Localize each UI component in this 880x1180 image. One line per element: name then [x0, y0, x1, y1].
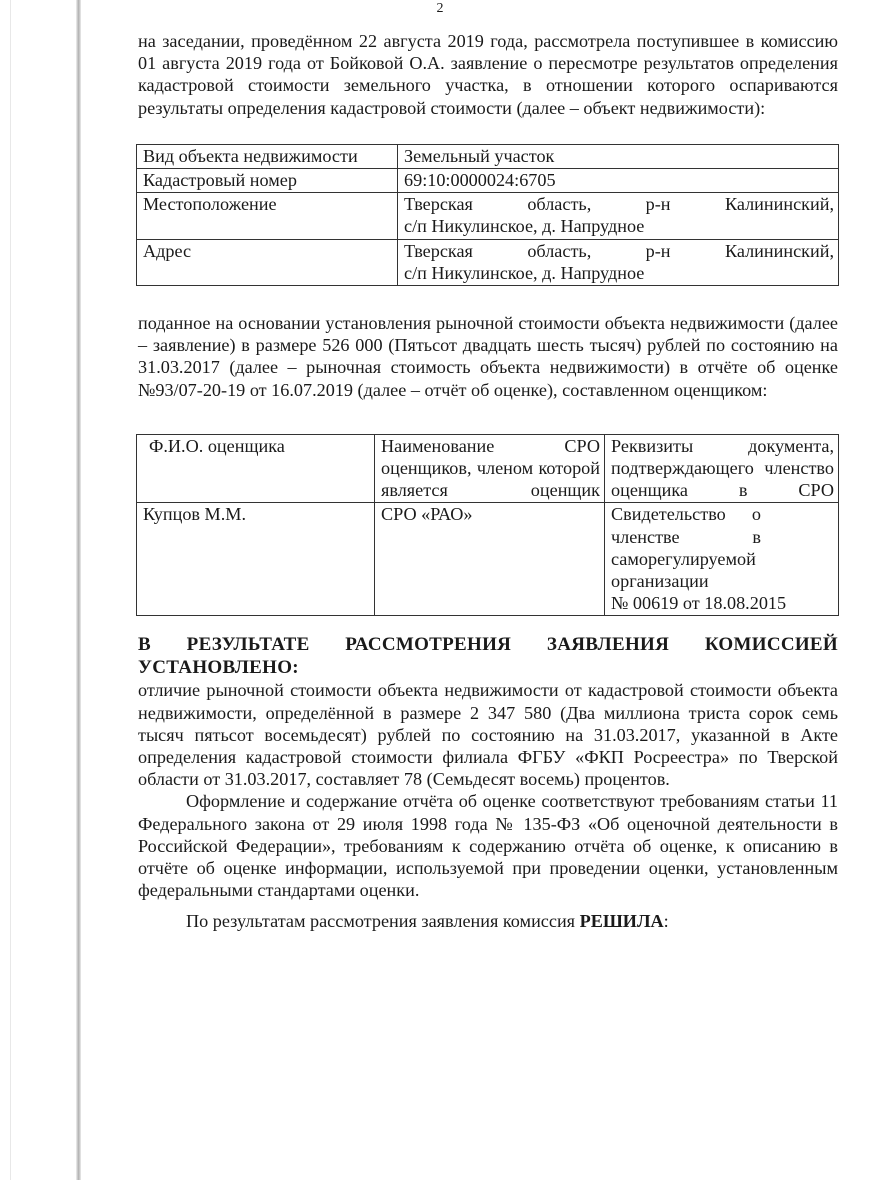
- scan-binding-shadow: [76, 0, 81, 1180]
- header-sro-name: Наименование СРО оценщиков, членом котор…: [375, 434, 605, 503]
- intro-paragraph: на заседании, проведённом 22 августа 201…: [138, 30, 838, 119]
- sro-name: СРО «РАО»: [375, 503, 605, 616]
- table-header-row: Ф.И.О. оценщика Наименование СРО оценщик…: [137, 434, 839, 503]
- object-type-label: Вид объекта недвижимости: [137, 144, 398, 168]
- appraiser-table: Ф.И.О. оценщика Наименование СРО оценщик…: [136, 434, 839, 617]
- header-membership-document: Реквизиты документа, подтверждающего чле…: [605, 434, 839, 503]
- decision-keyword: РЕШИЛА: [580, 911, 664, 931]
- decision-line: По результатам рассмотрения заявления ко…: [138, 910, 838, 932]
- location-label: Местоположение: [137, 193, 398, 239]
- table-row: Вид объекта недвижимости Земельный участ…: [137, 144, 839, 168]
- result-heading: В РЕЗУЛЬТАТЕ РАССМОТРЕНИЯ ЗАЯВЛЕНИЯ КОМИ…: [138, 634, 838, 679]
- cadastral-number-label: Кадастровый номер: [137, 169, 398, 193]
- compliance-paragraph: Оформление и содержание отчёта об оценке…: [138, 790, 838, 901]
- location-value: Тверская область, р-н Калининский,с/п Ни…: [398, 193, 839, 239]
- object-table: Вид объекта недвижимости Земельный участ…: [136, 144, 839, 286]
- appraiser-name: Купцов М.М.: [137, 503, 375, 616]
- market-value-paragraph: поданное на основании установления рыноч…: [138, 312, 838, 401]
- result-paragraph: отличие рыночной стоимости объекта недви…: [138, 679, 838, 790]
- scan-artifact-line: [10, 0, 11, 1180]
- cadastral-number-value: 69:10:0000024:6705: [398, 169, 839, 193]
- table-row: Местоположение Тверская область, р-н Кал…: [137, 193, 839, 239]
- table-row: Адрес Тверская область, р-н Калининский,…: [137, 239, 839, 285]
- page-number: 2: [0, 0, 880, 18]
- header-appraiser-name: Ф.И.О. оценщика: [137, 434, 375, 503]
- document-body: на заседании, проведённом 22 августа 201…: [138, 30, 838, 932]
- table-row: Купцов М.М. СРО «РАО» Свидетельство о чл…: [137, 503, 839, 616]
- address-value: Тверская область, р-н Калининский,с/п Ни…: [398, 239, 839, 285]
- address-label: Адрес: [137, 239, 398, 285]
- table-row: Кадастровый номер 69:10:0000024:6705: [137, 169, 839, 193]
- object-type-value: Земельный участок: [398, 144, 839, 168]
- membership-document: Свидетельство о членстве в саморегулируе…: [605, 503, 839, 616]
